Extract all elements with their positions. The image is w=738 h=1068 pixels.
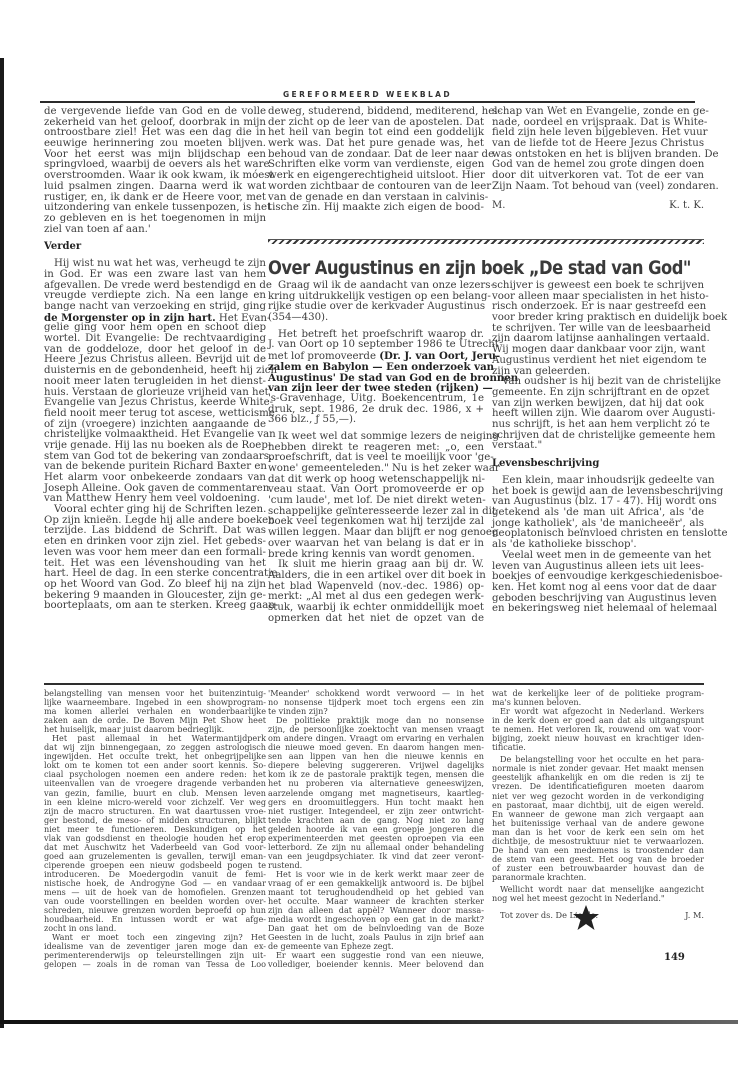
wavy-divider <box>268 239 704 244</box>
signature-left: M. <box>492 199 505 213</box>
article-title: Over Augustinus en zijn boek „De stad va… <box>268 257 691 279</box>
header-rule <box>40 101 695 103</box>
signature-row: M.K. t. K. <box>492 199 704 213</box>
text-line: tificatie. <box>492 743 704 752</box>
text-line: worden zichtbaar de contouren van de lee… <box>268 182 484 193</box>
text-line: nog wel het meest gezocht in Nederland." <box>492 894 704 903</box>
signature-right: K. t. K. <box>669 199 704 213</box>
page-number: 149 <box>664 952 685 963</box>
section-subhead-levensbeschrijving: Levensbeschrijving <box>492 458 704 470</box>
page-edge-left <box>0 58 4 1028</box>
text-line: field nooit meer terug tot ascese, wetti… <box>44 409 266 420</box>
text-line: vollediger, boeiender kennis. Meer belov… <box>268 960 484 969</box>
text-line: ken. Het komt nog al eens voor dat de da… <box>492 583 704 594</box>
text-line: ziel van toen af aan.' <box>44 225 266 236</box>
text-line: op het Woord van God. Zo bleef hij na zi… <box>44 580 266 591</box>
section-subhead-verder: Verder <box>44 241 266 253</box>
text-line: luid psalmen zingen. Daarna werd ik wat <box>44 182 266 193</box>
text-line: leven was voor hem meer dan een formali- <box>44 548 266 559</box>
text-line: Zijn Naam. Tot behoud van (veel) zondare… <box>492 182 704 193</box>
star-ornament-icon <box>572 904 600 932</box>
text-line: Aalders, die in een artikel over dit boe… <box>268 571 484 582</box>
page-edge-bottom <box>0 1020 738 1024</box>
lower-column-3: wat de kerkelijke leer of de politieke p… <box>492 689 704 921</box>
text-line: gemeente. En zijn schrijftrant en de opz… <box>492 388 704 399</box>
lower-column-1: belangstelling van mensen voor het buite… <box>44 689 266 969</box>
text-line: zo gebleven en is het toegenomen in mijn <box>44 214 266 225</box>
text-line: tische zin. Hij maakte zich eigen de boo… <box>268 203 484 214</box>
text-line: en bekeringsweg niet helemaal of helemaa… <box>492 604 704 615</box>
signature-right: J. M. <box>685 909 704 921</box>
text-line: paranormale krachten. <box>492 873 704 882</box>
text-line: opmerken dat het niet de opzet van de <box>268 614 484 625</box>
article-column-2: Graag wil ik de aandacht van onze lezers… <box>268 281 484 624</box>
lower-column-2: 'Meander' schokkend wordt verwoord — in … <box>268 689 484 969</box>
text-line: gelopen — zoals in de roman van Tessa de… <box>44 960 266 969</box>
text-line: Augustinus verdient het niet eigendom te <box>492 356 704 367</box>
text-line: boorteplaats, om aan te sterken. Kreeg g… <box>44 601 266 612</box>
text-line: verstaat." <box>492 441 704 452</box>
top-column-2: deweg, studerend, biddend, mediterend, h… <box>268 107 484 214</box>
text-line: over waarvan het van belang is dat er in <box>268 539 484 550</box>
article-column-3: schijver is geweest een boek te schrijve… <box>492 281 704 615</box>
text-line: 366 blz., ƒ 55,—). <box>268 415 484 426</box>
section-rule <box>44 683 704 685</box>
text-line: Veelal weet men in de gemeente van het <box>492 551 704 562</box>
top-column-3: schap van Wet en Evangelie, zonde en ge-… <box>492 107 704 213</box>
top-column-1: de vergevende liefde van God en de volle… <box>44 107 266 612</box>
running-head: GEREFORMEERD WEEKBLAD <box>40 90 695 99</box>
text-line: (354—430). <box>268 313 484 324</box>
text-line: nooit meer laten terugleiden in het dien… <box>44 377 266 388</box>
text-line: zalem en Babylon — Een onderzoek van <box>268 362 484 373</box>
text-line: 's-Gravenhage, Uitg. Boekencentrum, 1e <box>268 394 484 405</box>
